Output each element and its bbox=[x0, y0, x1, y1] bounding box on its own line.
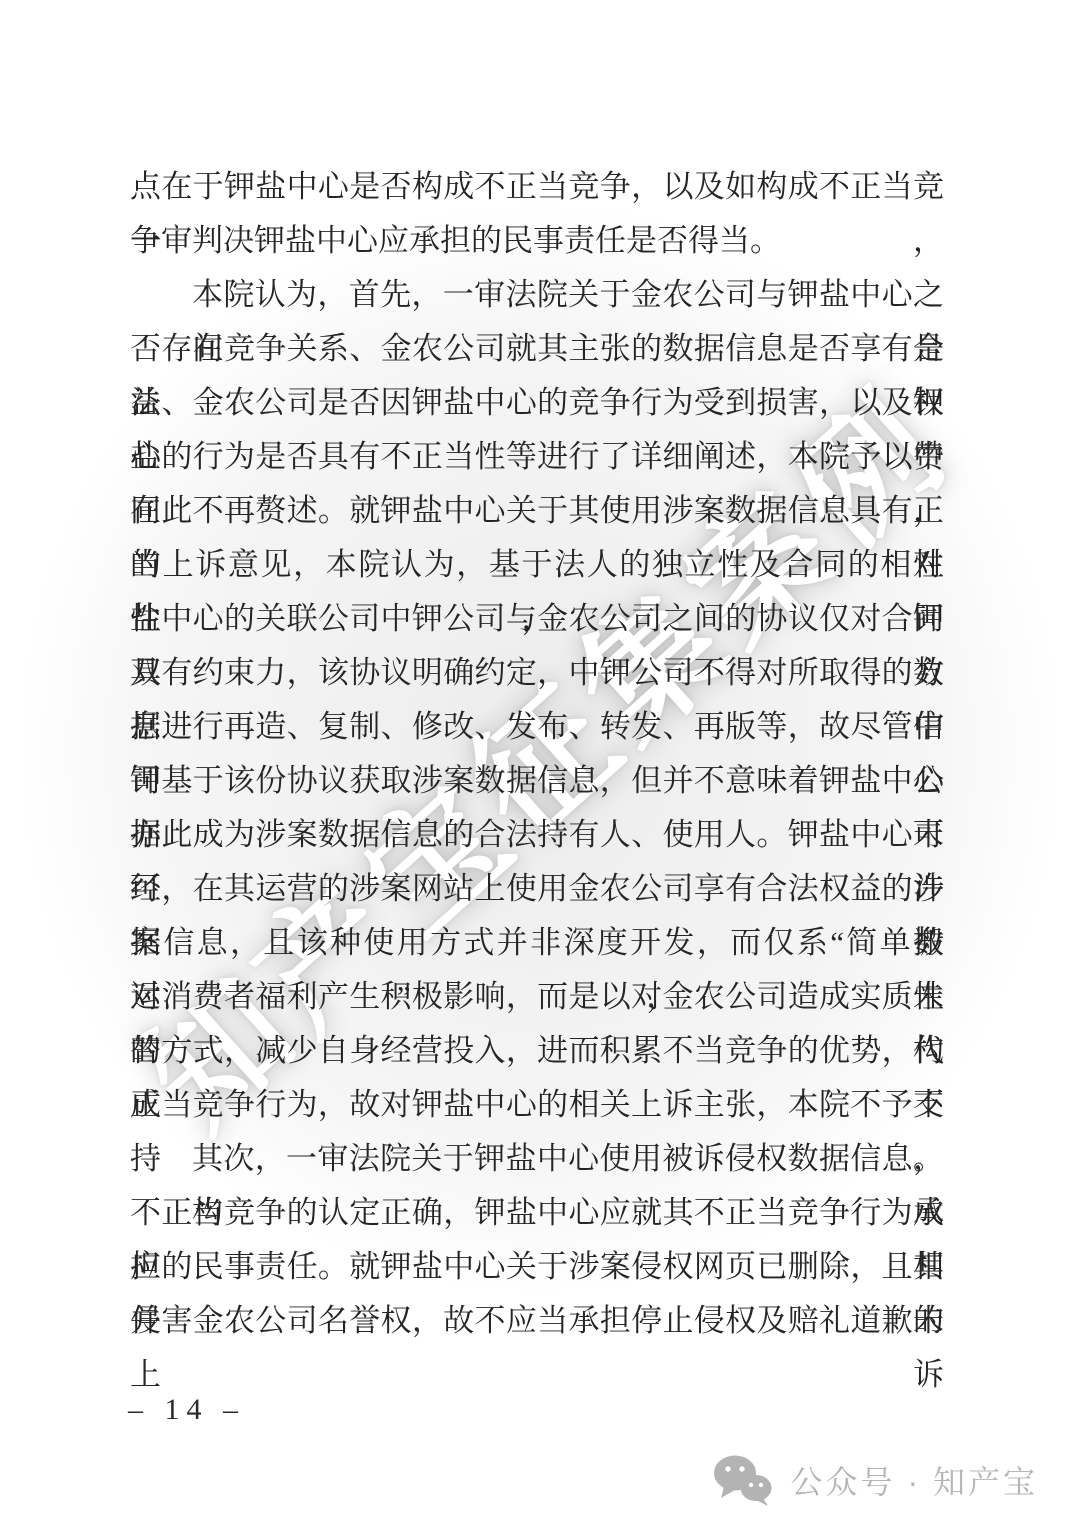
text-line: 司基于该份协议获取涉案数据信息，但并不意味着钾盐中心亦可 bbox=[130, 754, 944, 808]
wechat-icon bbox=[711, 1453, 775, 1507]
text-line: 心的行为是否具有不正当性等进行了详细阐述，本院予以赞同， bbox=[130, 430, 944, 484]
text-line: 不正当竞争的认定正确，钾盐中心应就其不正当竞争行为承担相 bbox=[130, 1186, 944, 1240]
text-line: 的方式，减少自身经营投入，进而积累不当竞争的优势，构成不 bbox=[130, 1024, 944, 1078]
text-line: 息进行再造、复制、修改、发布、转发、再版等，故尽管中钾公 bbox=[130, 700, 944, 754]
text-line: 对消费者福利产生积极影响，而是以对金农公司造成实质性替代 bbox=[130, 970, 944, 1024]
footer: 公众号 · 知产宝 bbox=[711, 1453, 1038, 1507]
text-line: 在此不再赘述。就钾盐中心关于其使用涉案数据信息具有正当性 bbox=[130, 484, 944, 538]
text-line: 益、金农公司是否因钾盐中心的竞争行为受到损害，以及钾盐中 bbox=[130, 376, 944, 430]
official-account-label: 公众号 · 知产宝 bbox=[791, 1457, 1038, 1503]
text-line: 可，在其运营的涉案网站上使用金农公司享有合法权益的涉案数 bbox=[130, 862, 944, 916]
text-line: 本院认为，首先，一审法院关于金农公司与钾盐中心之间是 bbox=[130, 268, 944, 322]
text-line: 正当竞争行为，故对钾盐中心的相关上诉主张，本院不予支持。 bbox=[130, 1078, 944, 1132]
text-line: 应的民事责任。就钾盐中心关于涉案侵权网页已删除，且其并未 bbox=[130, 1240, 944, 1294]
text-line: 盐中心的关联公司中钾公司与金农公司之间的协议仅对合同双方 bbox=[130, 592, 944, 646]
text-line: 其次，一审法院关于钾盐中心使用被诉侵权数据信息，构成 bbox=[130, 1132, 944, 1186]
text-line: 点在于钾盐中心是否构成不正当竞争，以及如构成不正当竞争， bbox=[130, 160, 944, 214]
page-number: – 14 – bbox=[128, 1393, 245, 1427]
text-line: 据信息，且该种使用方式并非深度开发，而仅系“简单搬运”，未 bbox=[130, 916, 944, 970]
text-line: 具有约束力，该协议明确约定，中钾公司不得对所取得的数据信 bbox=[130, 646, 944, 700]
text-line: 的上诉意见，本院认为，基于法人的独立性及合同的相对性，钾 bbox=[130, 538, 944, 592]
text-line: 据此成为涉案数据信息的合法持有人、使用人。钾盐中心未经许 bbox=[130, 808, 944, 862]
body-text: 点在于钾盐中心是否构成不正当竞争，以及如构成不正当竞争， 一审判决钾盐中心应承担… bbox=[130, 160, 944, 1348]
text-line: 否存在竞争关系、金农公司就其主张的数据信息是否享有合法权 bbox=[130, 322, 944, 376]
text-line: 侵害金农公司名誉权，故不应当承担停止侵权及赔礼道歉的上诉 bbox=[130, 1294, 944, 1348]
